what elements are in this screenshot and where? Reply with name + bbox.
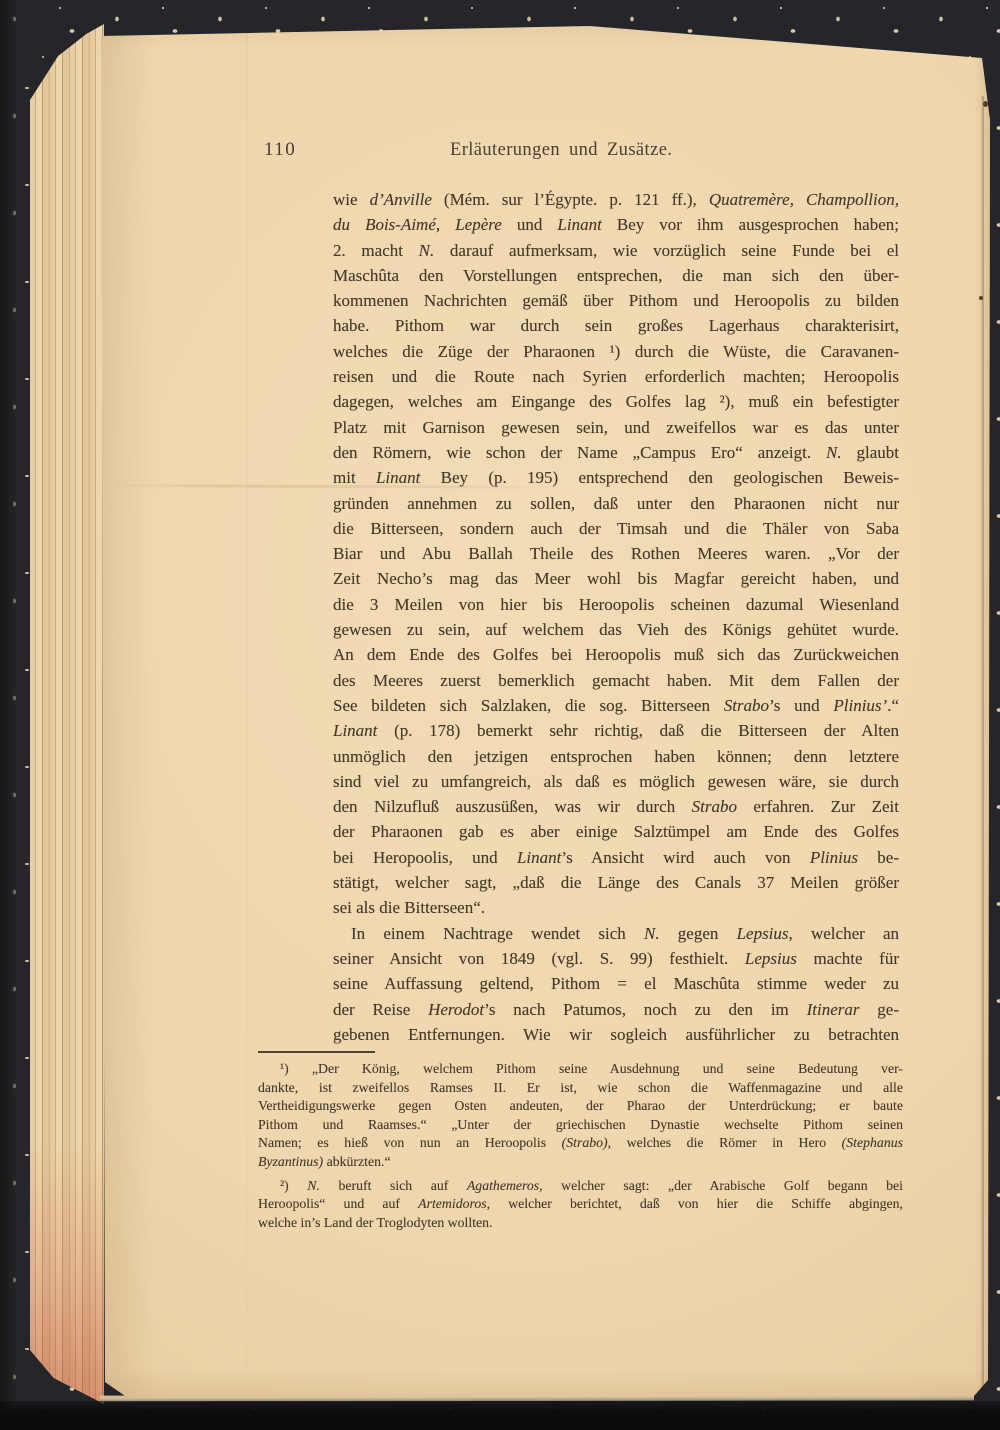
body-text-line: den Römern, wie schon der Name „Campus E… [333, 440, 899, 465]
body-text-line: See bildeten sich Salzlaken, die sog. Bi… [333, 693, 899, 718]
body-text-line: die Bitterseen, sondern auch der Timsah … [333, 516, 899, 541]
body-text-line: den Nilzufluß auszusüßen, was wir durch … [333, 794, 899, 819]
body-text-block: wie d’Anville (Mém. sur l’Égypte. p. 121… [333, 187, 899, 1047]
footnote-separator-rule [258, 1051, 375, 1053]
body-text-line: Maschûta den Vorstellungen entsprechen, … [333, 263, 899, 288]
body-text-line: Biar und Abu Ballah Theile des Rothen Me… [333, 541, 899, 566]
footnote-text-line: welche in’s Land der Troglodyten wollten… [258, 1214, 903, 1233]
body-text-line: 2. macht N. darauf aufmerksam, wie vorzü… [333, 238, 899, 263]
body-text-line: gründen annehmen zu sollen, daß unter de… [333, 491, 899, 516]
footnote-text-line: Namen; es hieß von nun an Heroopolis (St… [258, 1134, 903, 1153]
book-cover-bottom-edge [0, 1401, 1000, 1430]
page-fold-line [981, 96, 985, 1394]
running-header: Erläuterungen und Zusätze. [450, 140, 672, 161]
footnote-text-line: Heroopolis“ und auf Artemidoros, welcher… [258, 1195, 903, 1214]
body-text-line: des Meeres zuerst bemerklich gemacht hab… [333, 668, 899, 693]
body-text-line: gewesen zu sein, auf welchem das Vieh de… [333, 617, 899, 642]
footnote-text-line: Byzantinus) abkürzten.“ [258, 1153, 903, 1172]
body-text-line: dagegen, welches am Eingange des Golfes … [333, 389, 899, 414]
body-text-line: sind viel zu umfangreich, als daß es mög… [333, 769, 899, 794]
body-text-line: An dem Ende des Golfes bei Heroopolis mu… [333, 642, 899, 667]
body-text-line: wie d’Anville (Mém. sur l’Égypte. p. 121… [333, 187, 899, 212]
footnote-text-line: Pithom und Raamses.“ „Unter der griechis… [258, 1116, 903, 1135]
body-text-line: stätigt, welcher sagt, „daß die Länge de… [333, 870, 899, 895]
body-text-line: Zeit Necho’s mag das Meer wohl bis Magfa… [333, 566, 899, 591]
page-number: 110 [264, 139, 296, 161]
body-text-line: seiner Ansicht von 1849 (vgl. S. 99) fes… [333, 946, 899, 971]
book-cover-marbled-background: 110 Erläuterungen und Zusätze. wie d’Anv… [0, 0, 1000, 1430]
stacked-page-edges [30, 24, 104, 1404]
footnote-text-line: ²) N. beruft sich auf Agathemeros, welch… [258, 1177, 903, 1196]
footnote-text-line: ¹) „Der König, welchem Pithom seine Ausd… [258, 1060, 903, 1079]
footnote: ²) N. beruft sich auf Agathemeros, welch… [258, 1177, 903, 1233]
book-page: 110 Erläuterungen und Zusätze. wie d’Anv… [98, 24, 992, 1402]
body-text-line: der Pharaonen gab es aber einige Salztüm… [333, 819, 899, 844]
paper-crease-vertical [246, 24, 248, 1402]
footnote-text-line: dankte, ist zweifellos Ramses II. Er ist… [258, 1079, 903, 1098]
body-text-line: der Reise Herodot’s nach Patumos, noch z… [333, 997, 899, 1022]
footnotes-block: ¹) „Der König, welchem Pithom seine Ausd… [258, 1060, 903, 1232]
footnote: ¹) „Der König, welchem Pithom seine Ausd… [258, 1060, 903, 1172]
body-text-line: habe. Pithom war durch sein großes Lager… [333, 313, 899, 338]
body-text-line: In einem Nachtrage wendet sich N. gegen … [333, 921, 899, 946]
body-text-line: welches die Züge der Pharaonen ¹) durch … [333, 339, 899, 364]
footnote-text-line: Vertheidigungswerke gegen Osten andeuten… [258, 1097, 903, 1116]
paper-speck [979, 296, 983, 300]
body-text-line: die 3 Meilen von hier bis Heroopolis sch… [333, 592, 899, 617]
paper-speck [983, 101, 988, 107]
body-text-line: Platz mit Garnison gewesen sein, und zwe… [333, 415, 899, 440]
body-text-line: unmöglich den jetzigen entsprochen haben… [333, 744, 899, 769]
body-text-line: reisen und die Route nach Syrien erforde… [333, 364, 899, 389]
body-text-line: gebenen Entfernungen. Wie wir sogleich a… [333, 1022, 899, 1047]
body-text-line: kommenen Nachrichten gemäß über Pithom u… [333, 288, 899, 313]
body-text-line: Linant (p. 178) bemerkt sehr richtig, da… [333, 718, 899, 743]
body-text-line: seine Auffassung geltend, Pithom = el Ma… [333, 971, 899, 996]
body-text-line: sei als die Bitterseen“. [333, 895, 899, 920]
book-spine-edge [0, 0, 17, 1430]
body-text-line: bei Heropoolis, und Linant’s Ansicht wir… [333, 845, 899, 870]
scanned-book-photo: { "page": { "number": "110", "header": "… [0, 0, 1000, 1430]
body-text-line: du Bois-Aimé, Lepère und Linant Bey vor … [333, 212, 899, 237]
